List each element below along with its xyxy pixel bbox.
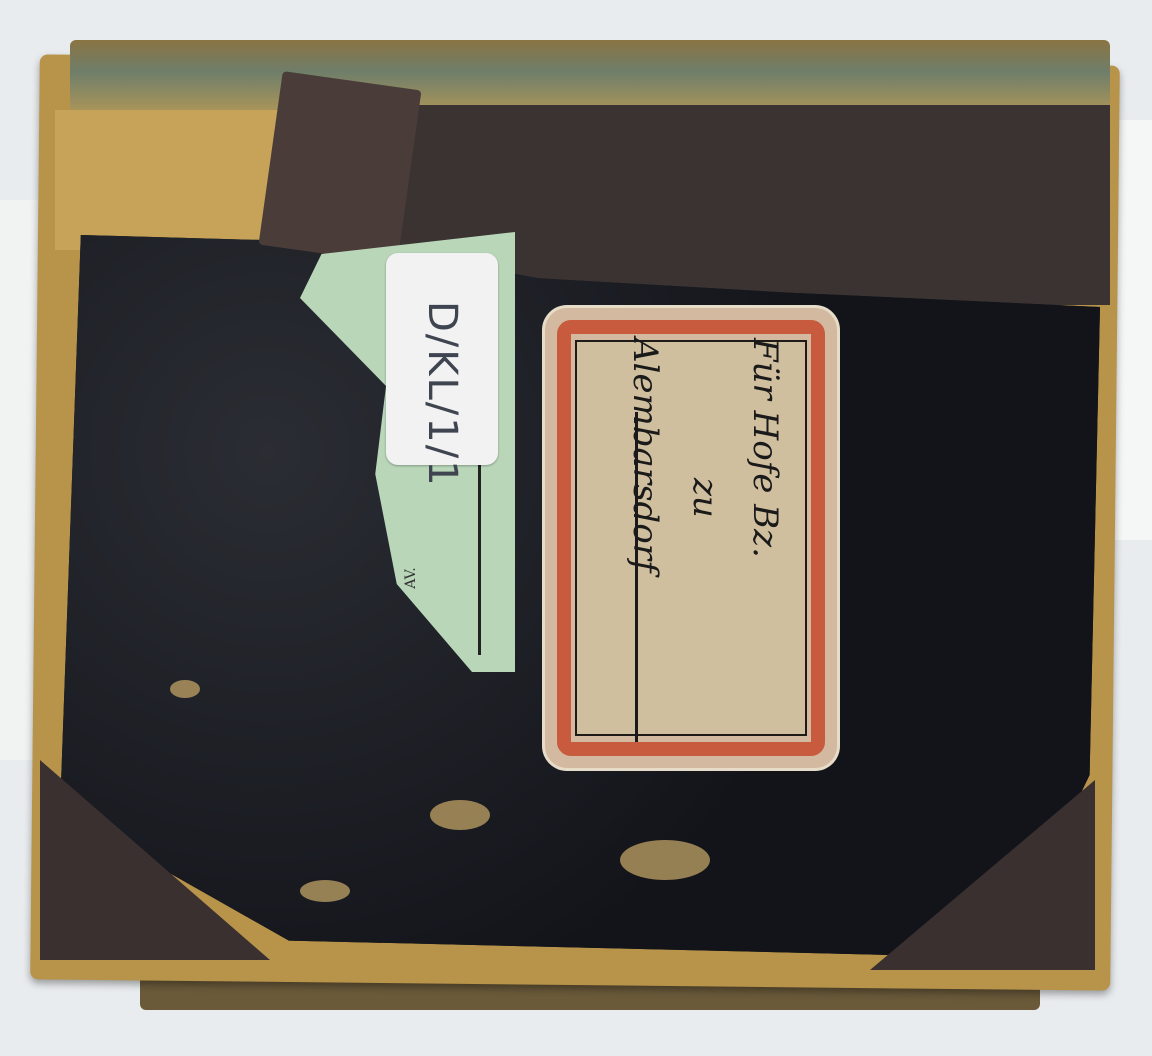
wear-spot <box>170 680 200 698</box>
title-line: Alembarsdorf <box>615 338 675 798</box>
title-label: Für Hofe Bz. zu Alembarsdorf <box>545 308 837 768</box>
cloth-tape <box>259 71 422 264</box>
title-handwriting: Für Hofe Bz. zu Alembarsdorf <box>565 338 795 798</box>
title-line: Für Hofe Bz. <box>735 338 795 798</box>
wear-spot <box>430 800 490 830</box>
wear-spot <box>620 840 710 880</box>
wear-spot <box>300 880 350 902</box>
shelfmark-text: D/KL/1/1 <box>419 301 465 405</box>
archive-label-rule <box>478 465 481 655</box>
exposed-board <box>55 110 295 250</box>
photo-scene: AV. D/KL/1/1 Für Hofe Bz. zu Alembarsdor… <box>0 0 1152 1056</box>
archive-label-text: AV. <box>403 567 419 589</box>
title-line: zu <box>675 338 735 798</box>
